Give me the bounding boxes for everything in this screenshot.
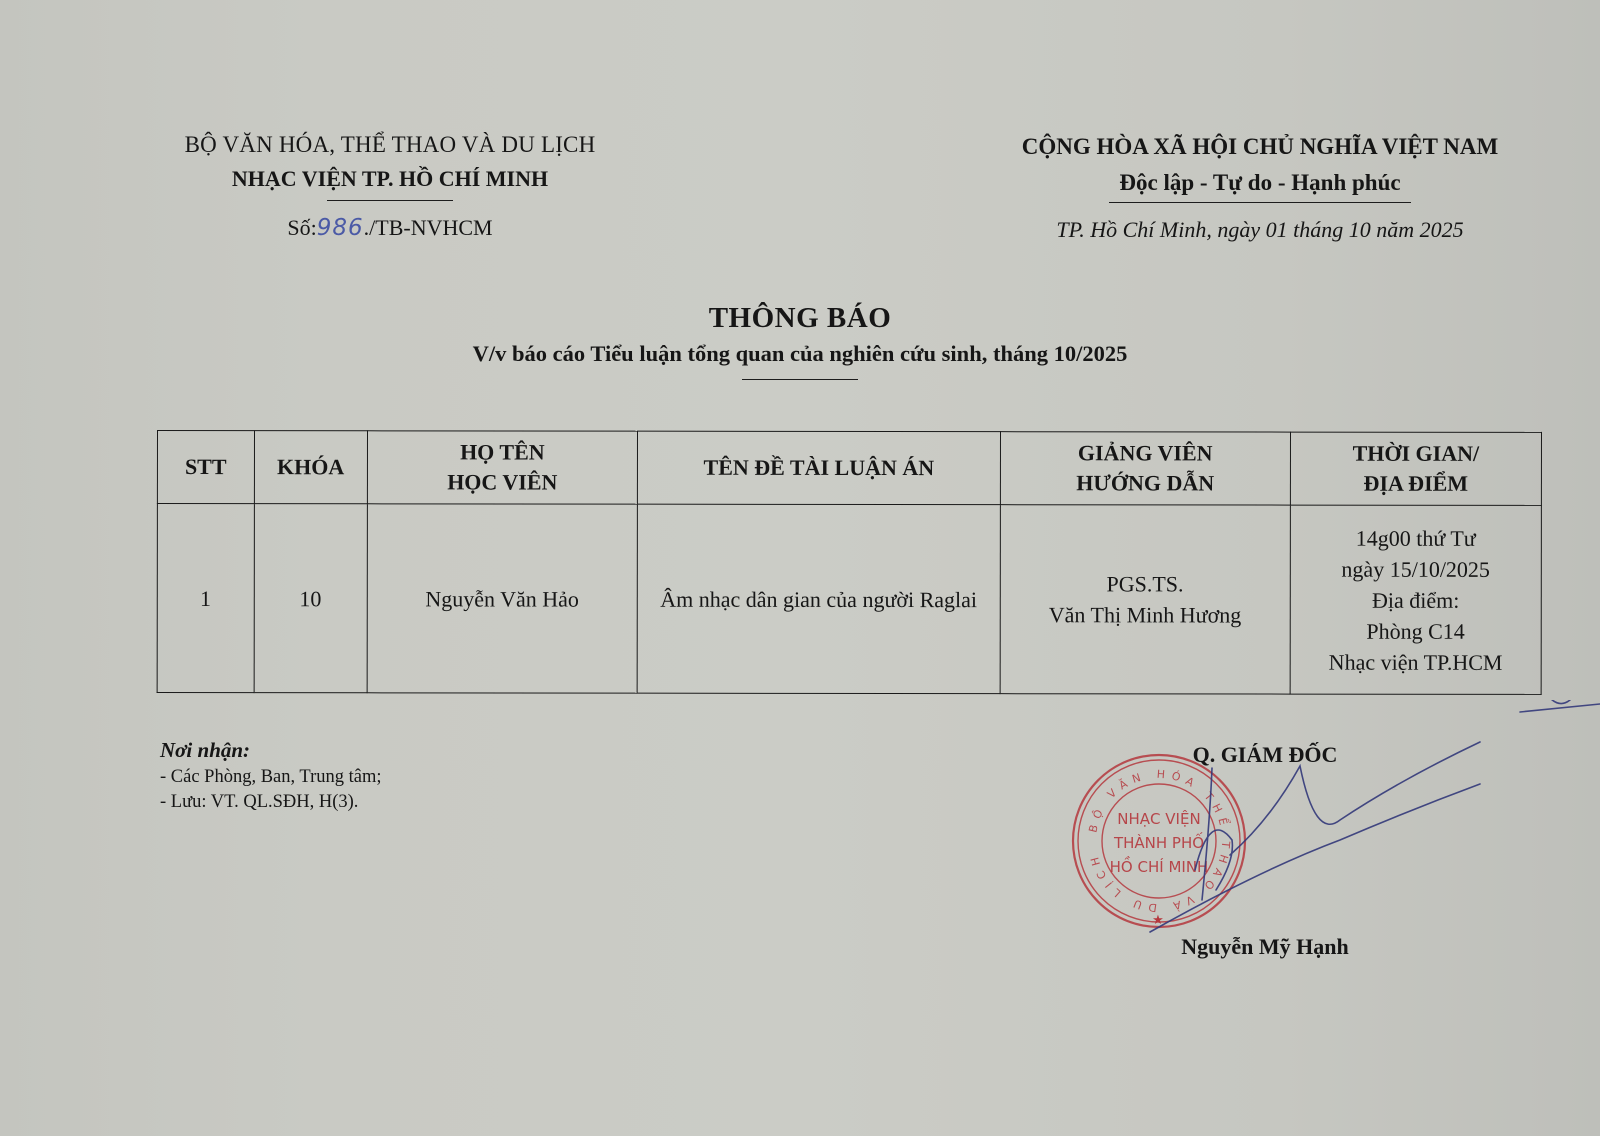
ministry-name: BỘ VĂN HÓA, THỂ THAO VÀ DU LỊCH (150, 132, 630, 158)
col-header-time-place: THỜI GIAN/ĐỊA ĐIỂM (1290, 432, 1541, 505)
cell-stt: 1 (157, 504, 254, 693)
table-header-row: STT KHÓA HỌ TÊNHỌC VIÊN TÊN ĐỀ TÀI LUẬN … (157, 431, 1541, 506)
organization-name: NHẠC VIỆN TP. HỒ CHÍ MINH (150, 166, 630, 192)
national-header: CỘNG HÒA XÃ HỘI CHỦ NGHĨA VIỆT NAM Độc l… (980, 134, 1540, 243)
document-number: Số:986./TB-NVHCM (150, 215, 630, 241)
document-subject: V/v báo cáo Tiểu luận tổng quan của nghi… (380, 341, 1220, 367)
place-date: TP. Hồ Chí Minh, ngày 01 tháng 10 năm 20… (980, 217, 1540, 243)
table-row: 1 10 Nguyễn Văn Hảo Âm nhạc dân gian của… (157, 504, 1541, 695)
cell-khoa: 10 (254, 504, 367, 693)
motto-divider (1109, 202, 1411, 203)
issuer-header: BỘ VĂN HÓA, THỂ THAO VÀ DU LỊCH NHẠC VIỆ… (150, 132, 630, 241)
nation-name: CỘNG HÒA XÃ HỘI CHỦ NGHĨA VIỆT NAM (980, 134, 1540, 160)
title-block: THÔNG BÁO V/v báo cáo Tiểu luận tổng qua… (380, 302, 1220, 380)
recipients-block: Nơi nhận: - Các Phòng, Ban, Trung tâm; -… (160, 738, 580, 813)
document-title: THÔNG BÁO (380, 302, 1220, 335)
col-header-advisor: GIẢNG VIÊNHƯỚNG DẪN (1000, 432, 1290, 505)
doc-number-prefix: Số: (287, 215, 316, 240)
doc-number-suffix: ./TB-NVHCM (364, 215, 493, 240)
cell-advisor: PGS.TS.Văn Thị Minh Hương (1000, 505, 1290, 694)
cell-student: Nguyễn Văn Hảo (367, 504, 638, 693)
national-motto: Độc lập - Tự do - Hạnh phúc (980, 170, 1540, 196)
document-page: BỘ VĂN HÓA, THỂ THAO VÀ DU LỊCH NHẠC VIỆ… (0, 0, 1600, 1136)
title-divider (742, 379, 858, 380)
header-divider (327, 200, 453, 201)
handwritten-signature (1140, 700, 1600, 940)
col-header-khoa: KHÓA (254, 431, 367, 504)
col-header-stt: STT (157, 431, 254, 504)
col-header-student: HỌ TÊNHỌC VIÊN (367, 431, 637, 504)
signer-name: Nguyễn Mỹ Hạnh (1110, 934, 1420, 960)
recipients-label: Nơi nhận: (160, 738, 580, 763)
col-header-topic: TÊN ĐỀ TÀI LUẬN ÁN (637, 431, 1000, 505)
cell-time-place: 14g00 thứ Tư ngày 15/10/2025 Địa điểm: P… (1290, 505, 1541, 694)
cell-topic: Âm nhạc dân gian của người Raglai (637, 504, 1000, 694)
schedule-table: STT KHÓA HỌ TÊNHỌC VIÊN TÊN ĐỀ TÀI LUẬN … (157, 430, 1542, 695)
recipient-item: - Lưu: VT. QL.SĐH, H(3). (160, 792, 580, 813)
recipient-item: - Các Phòng, Ban, Trung tâm; (160, 767, 580, 788)
doc-number-handwritten: 986 (317, 215, 364, 241)
